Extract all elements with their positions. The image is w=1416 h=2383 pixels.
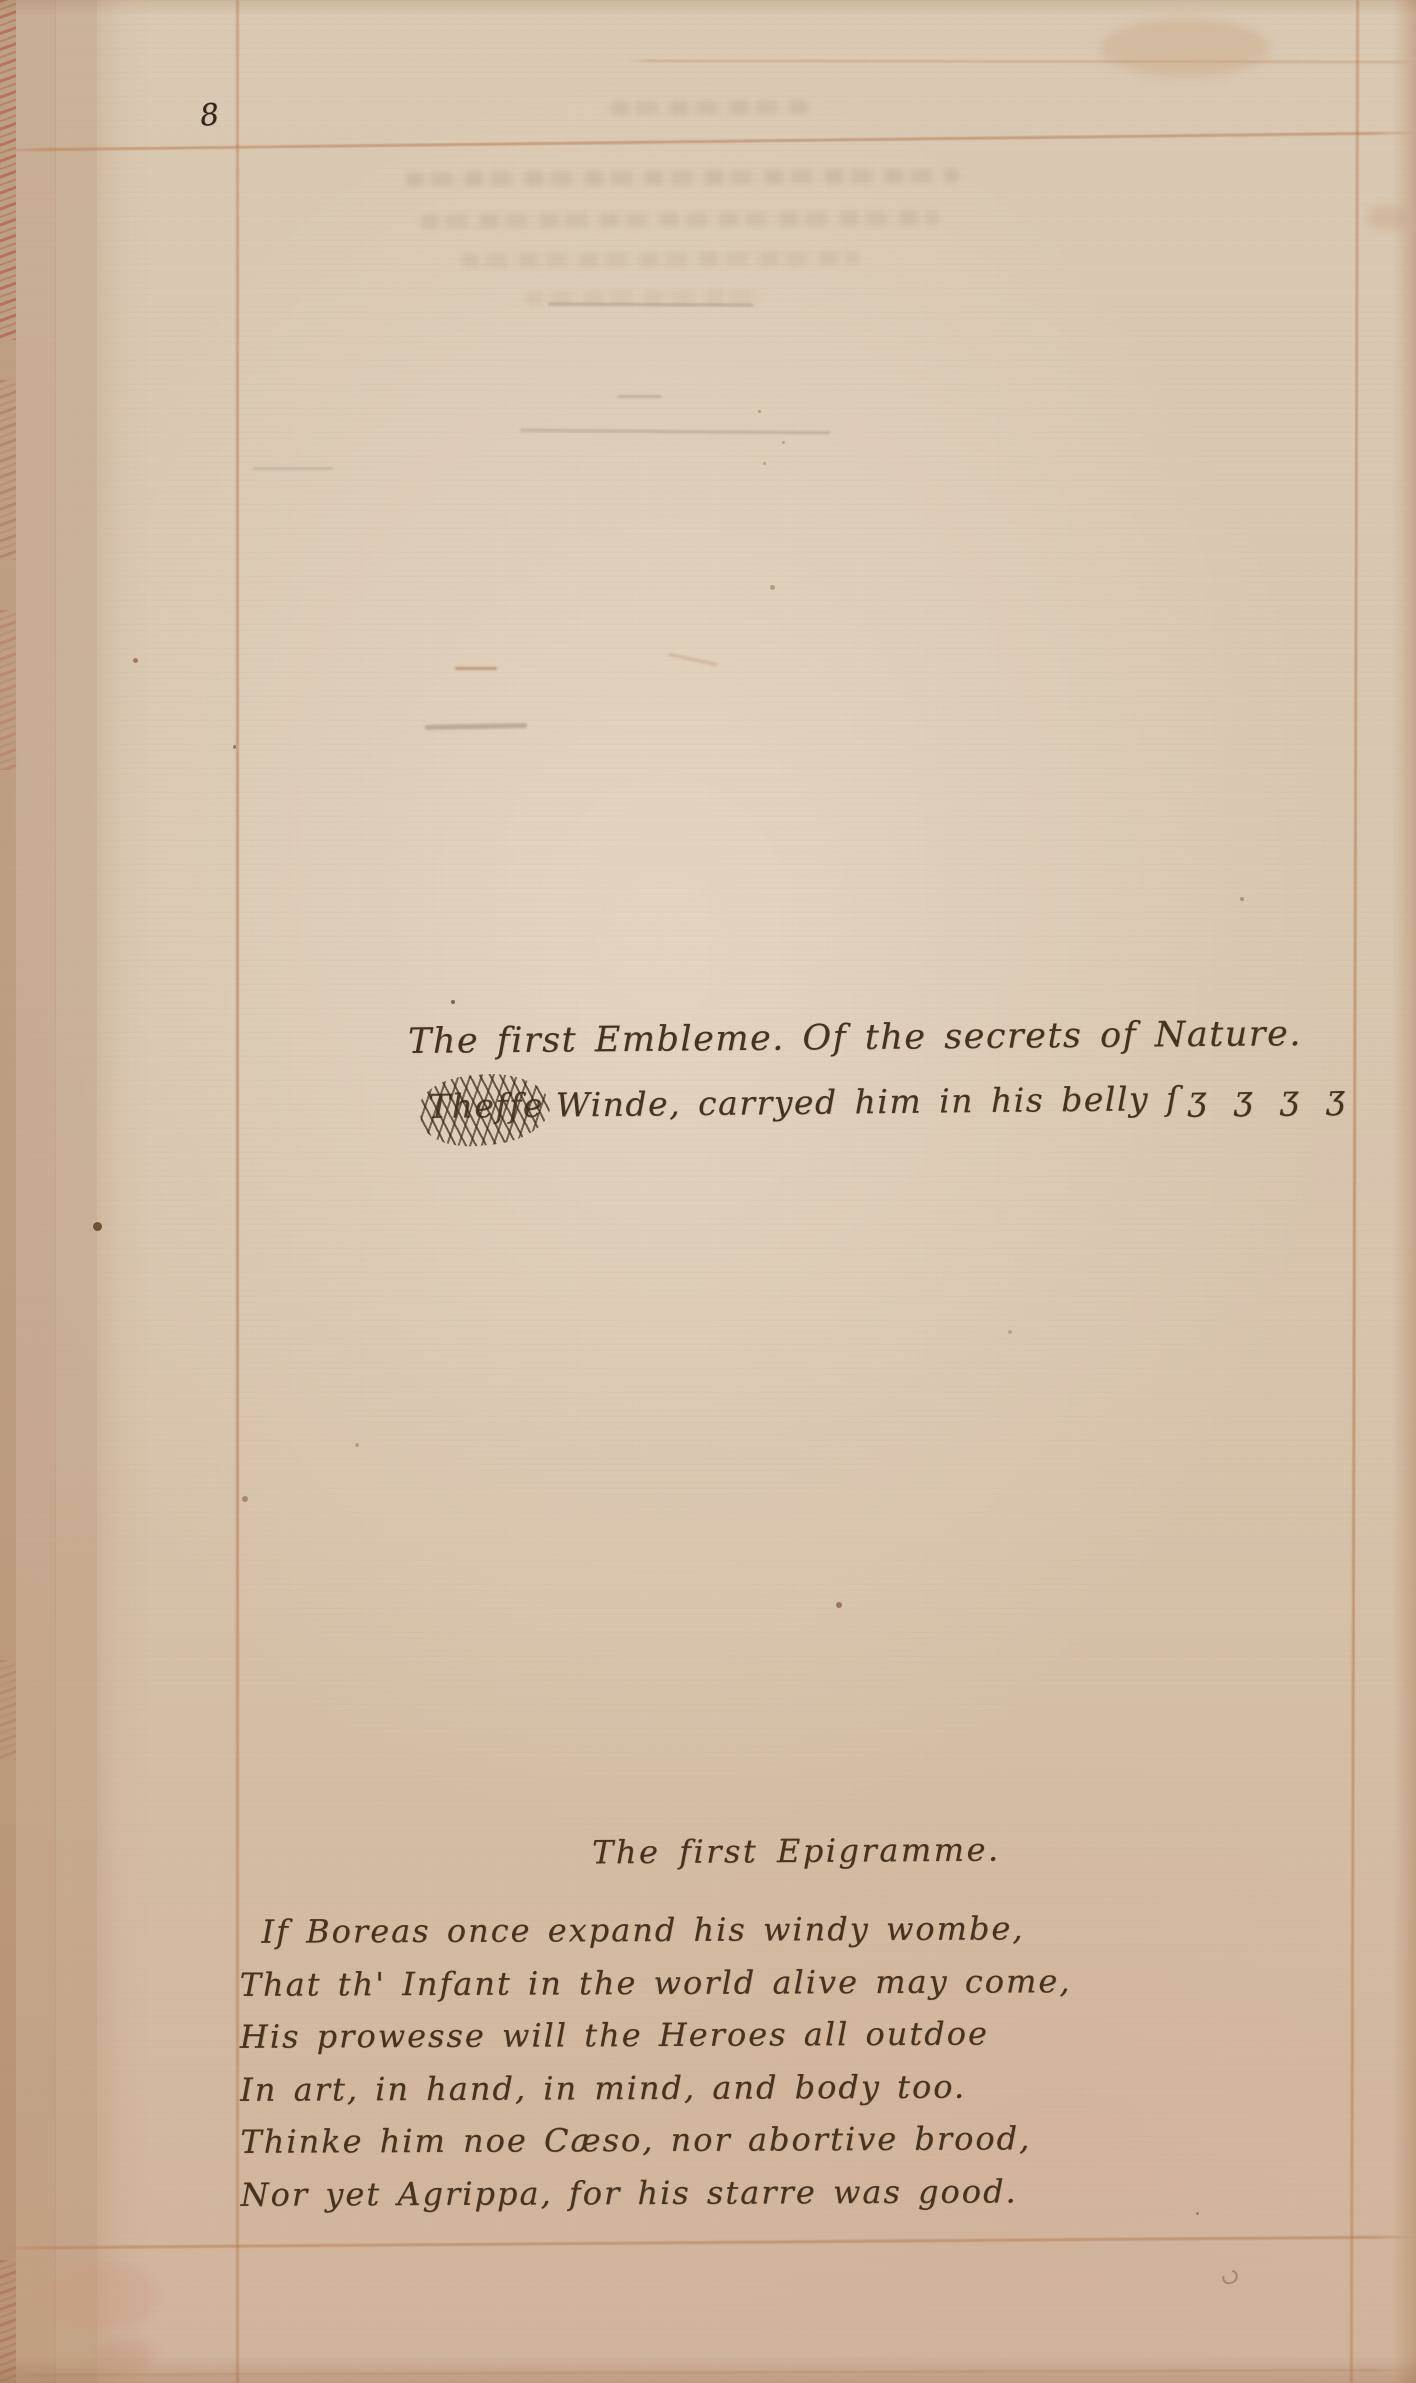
page-edge-top xyxy=(0,0,1416,16)
foxing-spot xyxy=(133,658,138,663)
epigram-poem: If Boreas once expand his windy wombe, T… xyxy=(239,1902,1072,2221)
epigram-heading: The first Epigramme. xyxy=(592,1831,1001,1872)
manuscript-page: 8 The first Embleme. Of the secrets of N… xyxy=(0,0,1416,2383)
foxing-spot xyxy=(242,1496,248,1502)
foxing-spot xyxy=(1008,1330,1012,1334)
emblem-heading: The first Embleme. Of the secrets of Nat… xyxy=(408,1014,1302,1062)
marbled-edge xyxy=(0,610,16,770)
ink-speck xyxy=(233,745,236,749)
marbled-edge xyxy=(0,380,16,560)
ink-speck xyxy=(451,1000,455,1004)
ruled-border-bottom xyxy=(0,2235,1416,2249)
page-edge-bottom xyxy=(0,2355,1416,2383)
foxing-spot xyxy=(763,462,766,465)
graphite-smudge xyxy=(425,723,527,730)
poem-line: That th' Infant in the world alive may c… xyxy=(240,1955,1072,2011)
ruled-border-top xyxy=(0,131,1416,151)
foxing-spot xyxy=(758,410,761,413)
foxing-spot xyxy=(1196,2212,1199,2215)
foxing-spot xyxy=(1240,897,1244,901)
foxing-ring xyxy=(1220,2267,1241,2287)
struck-out-word: Theffe xyxy=(428,1086,544,1126)
ruled-border-left xyxy=(236,0,239,2383)
motto-text: Winde, carryed him in his belly ſ xyxy=(556,1079,1180,1125)
stain xyxy=(45,2262,155,2332)
marbled-edge xyxy=(0,0,16,340)
show-through-text xyxy=(610,99,810,115)
foxing-spot xyxy=(93,1222,102,1231)
show-through-text xyxy=(405,168,960,187)
ruled-border-top-faint xyxy=(630,59,1416,63)
poem-line: Nor yet Agrippa, for his starre was good… xyxy=(240,2165,1072,2221)
foxing-spot xyxy=(355,1443,359,1447)
stain xyxy=(1100,18,1270,78)
red-mark xyxy=(668,653,718,666)
motto-line: TheffeWinde, carryed him in his belly ſʒ… xyxy=(428,1077,1351,1126)
red-mark xyxy=(455,667,497,670)
graphite-streak xyxy=(520,429,830,435)
show-through-text xyxy=(460,251,860,269)
gutter-light-band xyxy=(55,0,97,2383)
folio-number: 8 xyxy=(198,97,221,134)
foxing-spot xyxy=(782,441,785,444)
poem-line: Thinke him noe Cæso, nor abortive brood, xyxy=(240,2112,1072,2168)
marbled-edge xyxy=(0,1660,16,1760)
show-through-text xyxy=(420,210,940,229)
foxing-spot xyxy=(836,1602,842,1608)
motto-flourish: ʒ ʒ ʒ ʒ xyxy=(1188,1077,1351,1118)
poem-line: His prowesse will the Heroes all outdoe xyxy=(240,2007,1072,2063)
graphite-streak xyxy=(548,302,753,306)
ruled-border-right xyxy=(1350,0,1359,2383)
poem-line: In art, in hand, in mind, and body too. xyxy=(240,2060,1072,2116)
page-edge-right xyxy=(1392,0,1416,2383)
foxing-spot xyxy=(770,585,775,590)
graphite-streak xyxy=(617,395,662,398)
poem-line: If Boreas once expand his windy wombe, xyxy=(239,1902,1071,1958)
graphite-streak xyxy=(253,467,333,470)
